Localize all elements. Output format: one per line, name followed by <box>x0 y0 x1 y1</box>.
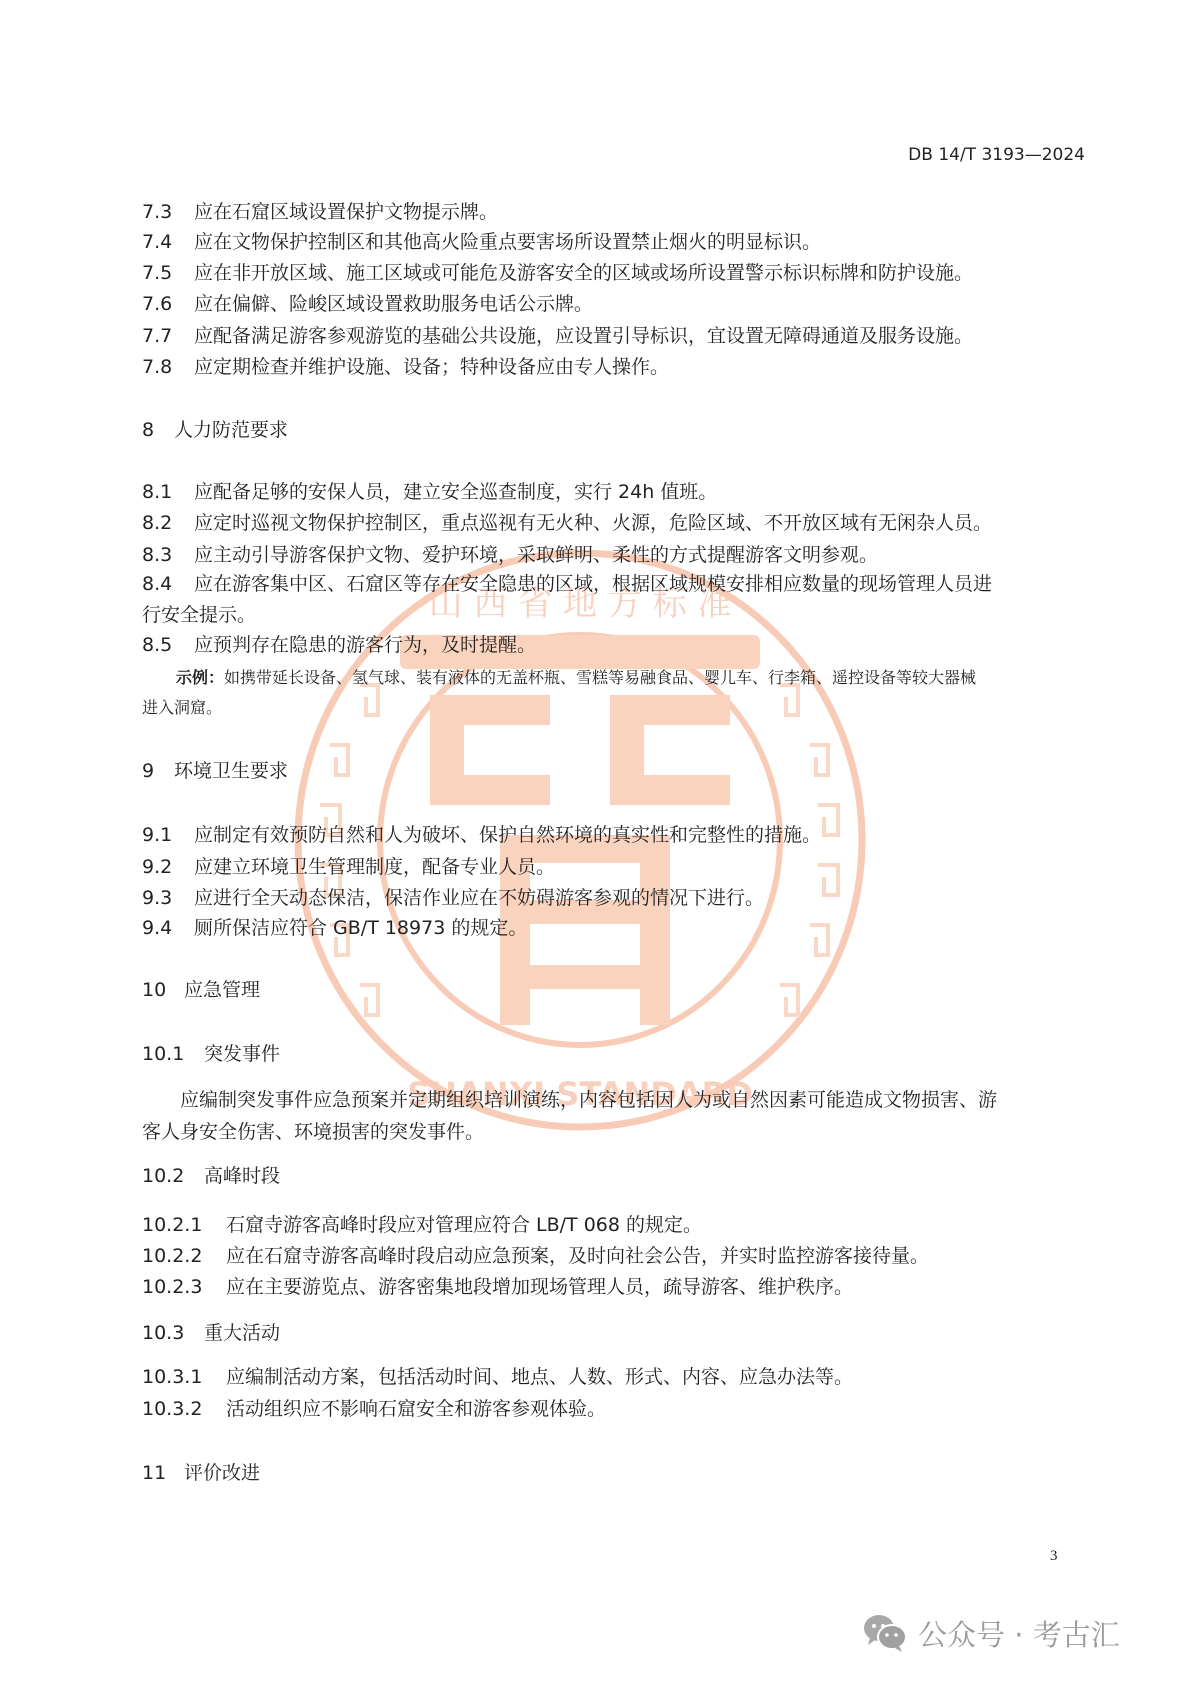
clause-10-3-2: 10.3.2活动组织应不影响石窟安全和游客参观体验。 <box>142 1397 606 1421</box>
example-note-continuation: 进入洞窟。 <box>142 696 222 720</box>
clause-8-2: 8.2应定时巡视文物保护控制区，重点巡视有无火种、火源，危险区域、不开放区域有无… <box>142 511 992 535</box>
clause-10-3-1: 10.3.1应编制活动方案，包括活动时间、地点、人数、形式、内容、应急办法等。 <box>142 1365 853 1389</box>
section-heading-11: 11评价改进 <box>142 1461 260 1485</box>
clause-8-5: 8.5应预判存在隐患的游客行为，及时提醒。 <box>142 633 536 657</box>
watermark-text: 公众号 · 考古汇 <box>918 1613 1120 1654</box>
example-note: 示例：如携带延长设备、氢气球、装有液体的无盖杯瓶、雪糕等易融食品、婴儿车、行李箱… <box>142 666 976 690</box>
clause-9-3: 9.3应进行全天动态保洁，保洁作业应在不妨碍游客参观的情况下进行。 <box>142 886 764 910</box>
clause-9-2: 9.2应建立环境卫生管理制度，配备专业人员。 <box>142 855 555 879</box>
clause-7-3: 7.3应在石窟区域设置保护文物提示牌。 <box>142 200 498 224</box>
document-code: DB 14/T 3193—2024 <box>908 145 1085 165</box>
subsection-heading-10-3: 10.3重大活动 <box>142 1321 280 1345</box>
wechat-watermark: 公众号 · 考古汇 <box>862 1612 1120 1654</box>
clause-9-1: 9.1应制定有效预防自然和人为破坏、保护自然环境的真实性和完整性的措施。 <box>142 823 821 847</box>
clause-10-2-3: 10.2.3应在主要游览点、游客密集地段增加现场管理人员，疏导游客、维护秩序。 <box>142 1275 853 1299</box>
clause-8-4: 8.4应在游客集中区、石窟区等存在安全隐患的区域，根据区域规模安排相应数量的现场… <box>142 572 992 596</box>
clause-7-5: 7.5应在非开放区域、施工区域或可能危及游客安全的区域或场所设置警示标识标牌和防… <box>142 261 973 285</box>
clause-7-4: 7.4应在文物保护控制区和其他高火险重点要害场所设置禁止烟火的明显标识。 <box>142 230 821 254</box>
clause-7-6: 7.6应在偏僻、险峻区域设置救助服务电话公示牌。 <box>142 292 593 316</box>
page-number: 3 <box>1050 1548 1058 1565</box>
clause-7-8: 7.8应定期检查并维护设施、设备；特种设备应由专人操作。 <box>142 355 669 379</box>
clause-8-4-continuation: 行安全提示。 <box>142 603 256 627</box>
section-heading-8: 8人力防范要求 <box>142 418 288 442</box>
section-heading-10: 10应急管理 <box>142 978 260 1002</box>
clause-10-2-2: 10.2.2应在石窟寺游客高峰时段启动应急预案，及时向社会公告，并实时监控游客接… <box>142 1244 929 1268</box>
subsection-heading-10-1: 10.1突发事件 <box>142 1042 280 1066</box>
subsection-heading-10-2: 10.2高峰时段 <box>142 1164 280 1188</box>
document-page: 山 西 省 地 方 标 准 SHANXI STANDARD DB 14/T 31… <box>0 0 1190 1683</box>
wechat-icon <box>862 1612 908 1654</box>
paragraph-10-1-line2: 客人身安全伤害、环境损害的突发事件。 <box>142 1120 484 1144</box>
clause-9-4: 9.4厕所保洁应符合 GB/T 18973 的规定。 <box>142 916 527 940</box>
clause-8-1: 8.1应配备足够的安保人员，建立安全巡查制度，实行 24h 值班。 <box>142 480 717 504</box>
section-heading-9: 9环境卫生要求 <box>142 759 288 783</box>
clause-8-3: 8.3应主动引导游客保护文物、爱护环境，采取鲜明、柔性的方式提醒游客文明参观。 <box>142 543 878 567</box>
clause-10-2-1: 10.2.1石窟寺游客高峰时段应对管理应符合 LB/T 068 的规定。 <box>142 1213 702 1237</box>
clause-7-7: 7.7应配备满足游客参观游览的基础公共设施，应设置引导标识，宜设置无障碍通道及服… <box>142 324 973 348</box>
paragraph-10-1-line1: 应编制突发事件应急预案并定期组织培训演练，内容包括因人为或自然因素可能造成文物损… <box>142 1088 997 1112</box>
